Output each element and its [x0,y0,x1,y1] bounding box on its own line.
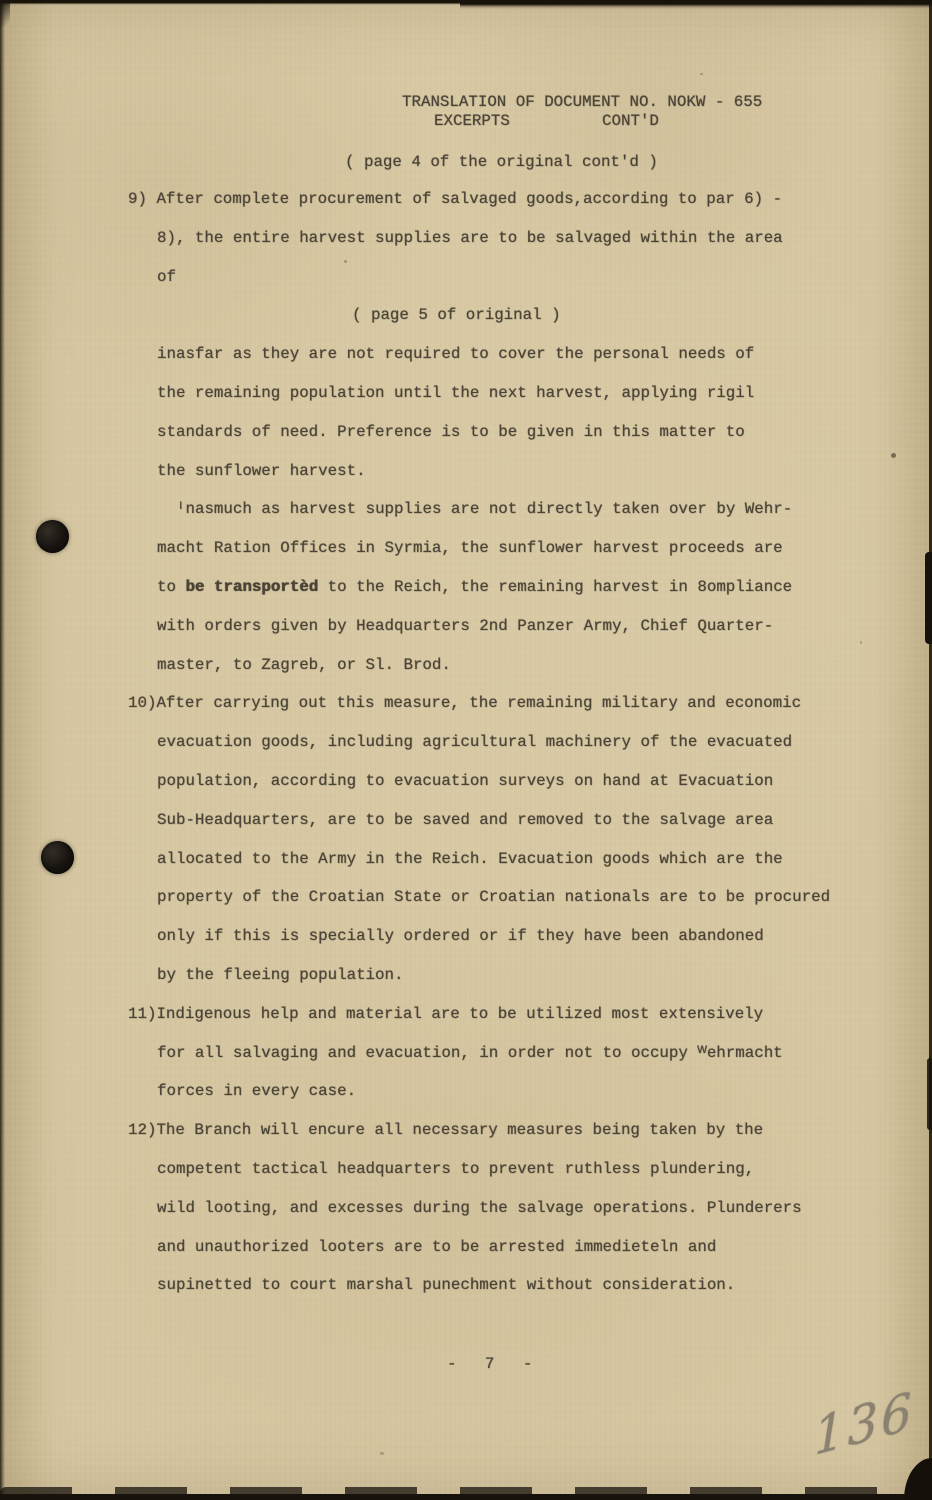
document-line: 12)The Branch will encure all necessary … [128,1122,763,1139]
document-line: property of the Croatian State or Croati… [157,889,830,906]
document-body: 9) After complete procurement of salvage… [0,0,932,1500]
document-line: forces in every case. [157,1083,356,1100]
document-line: population, according to evacuation surv… [157,773,773,790]
document-line: ( page 5 of original ) [352,307,561,324]
document-line: competent tactical headquarters to preve… [157,1161,754,1178]
document-line: of [157,269,176,286]
scanned-document-page: TRANSLATION OF DOCUMENT NO. NOKW - 655 E… [0,0,932,1500]
document-line: master, to Zagreb, or Sl. Brod. [157,657,451,674]
document-line: macht Ration Offices in Syrmia, the sunf… [157,540,783,557]
document-line: and unauthorized looters are to be arres… [157,1239,716,1256]
document-line: only if this is specially ordered or if … [157,928,764,945]
document-line: Sub-Headquarters, are to be saved and re… [157,812,773,829]
document-line: inasfar as they are not required to cove… [157,346,754,363]
document-line: 9) After complete procurement of salvage… [128,191,782,208]
document-line: standards of need. Preference is to be g… [157,424,745,441]
document-line: supinetted to court marshal punechment w… [157,1277,735,1294]
hole-punch-bottom [41,841,74,874]
document-line: ᴵnasmuch as harvest supplies are not dir… [176,501,792,518]
document-line: the sunflower harvest. [157,463,366,480]
document-line: 11)Indigenous help and material are to b… [128,1006,763,1023]
document-line: wild looting, and excesses during the sa… [157,1200,802,1217]
document-line: allocated to the Army in the Reich. Evac… [157,851,783,868]
document-line: for all salvaging and evacuation, in ord… [157,1045,783,1062]
document-line: 10)After carrying out this measure, the … [128,695,801,712]
document-line: by the fleeing population. [157,967,403,984]
document-line: to be transportèd to the Reich, the rema… [157,579,792,596]
hole-punch-top [36,520,69,553]
page-number: - 7 - [447,1356,532,1373]
document-line: evacuation goods, including agricultural… [157,734,792,751]
document-line: the remaining population until the next … [157,385,754,402]
document-line: with orders given by Headquarters 2nd Pa… [157,618,773,635]
document-line: 8), the entire harvest supplies are to b… [157,230,783,247]
